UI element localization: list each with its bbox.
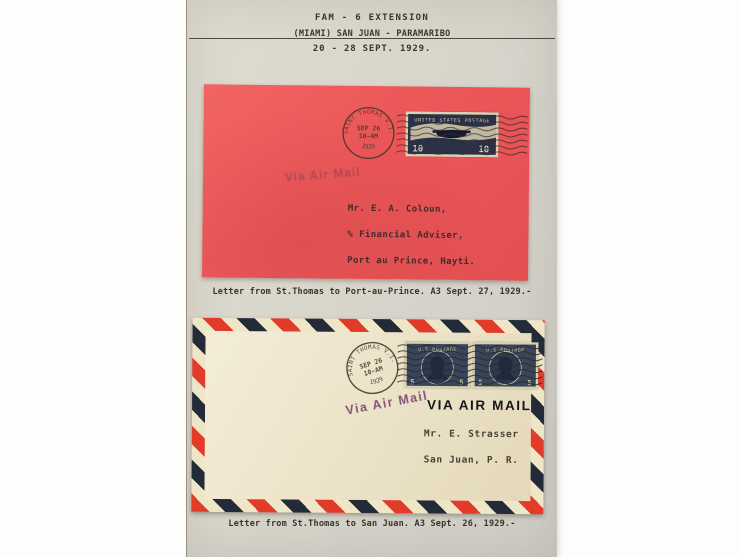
page-header: FAM - 6 EXTENSION (MIAMI) SAN JUAN - PAR… xyxy=(187,13,557,55)
wavy-cancel-lines-2 xyxy=(397,343,542,386)
address-line: Mr. E. A. Coloun, xyxy=(348,204,447,215)
album-page: FAM - 6 EXTENSION (MIAMI) SAN JUAN - PAR… xyxy=(186,0,557,557)
address-line: San Juan, P. R. xyxy=(424,454,519,466)
envelope-san-juan: SAINT THOMAS V.I. SEP 26 10-AM 1929 U.S.… xyxy=(191,318,544,514)
postmark-saint-thomas-1: SAINT THOMAS V.I. SEP 26 10-AM 1929 xyxy=(340,105,397,162)
via-air-mail-printed-label: VIA AIR MAIL xyxy=(427,397,532,413)
header-line-2: (MIAMI) SAN JUAN - PARAMARIBO xyxy=(187,29,557,40)
header-line-1: FAM - 6 EXTENSION xyxy=(187,13,557,24)
svg-text:1929: 1929 xyxy=(368,375,386,388)
address-line: % Financial Adviser, xyxy=(347,230,463,241)
header-line-3: 20 - 28 SEPT. 1929. xyxy=(187,44,557,55)
caption-san-juan: Letter from St.Thomas to San Juan. A3 Se… xyxy=(187,519,557,529)
stamp-denomination-right: 10 xyxy=(478,145,489,155)
caption-port-au-prince: Letter from St.Thomas to Port-au-Prince.… xyxy=(187,287,557,297)
svg-text:10-AM: 10-AM xyxy=(359,132,379,140)
lindbergh-airmail-stamp: UNITED STATES POSTAGE 10 10 xyxy=(405,111,498,157)
svg-text:1929: 1929 xyxy=(361,142,377,151)
photo-backdrop: FAM - 6 EXTENSION (MIAMI) SAN JUAN - PAR… xyxy=(0,0,740,557)
address-line: Port au Prince, Hayti. xyxy=(347,256,475,267)
stamp-denomination-left: 10 xyxy=(412,144,423,154)
via-air-mail-handstamp-1: Via Air Mail xyxy=(285,167,361,185)
address-line: Mr. E. Strasser xyxy=(424,428,519,440)
envelope-port-au-prince: SAINT THOMAS V.I. SEP 26 10-AM 1929 UNIT… xyxy=(202,84,530,280)
stamp-top-text: UNITED STATES POSTAGE xyxy=(414,118,490,125)
address-block-1: Mr. E. A. Coloun, % Financial Adviser, P… xyxy=(347,203,476,269)
wavy-cancel-lines-1 xyxy=(396,113,527,156)
svg-text:SEP 26: SEP 26 xyxy=(357,124,381,132)
svg-text:SAINT THOMAS V.I.: SAINT THOMAS V.I. xyxy=(343,110,393,136)
